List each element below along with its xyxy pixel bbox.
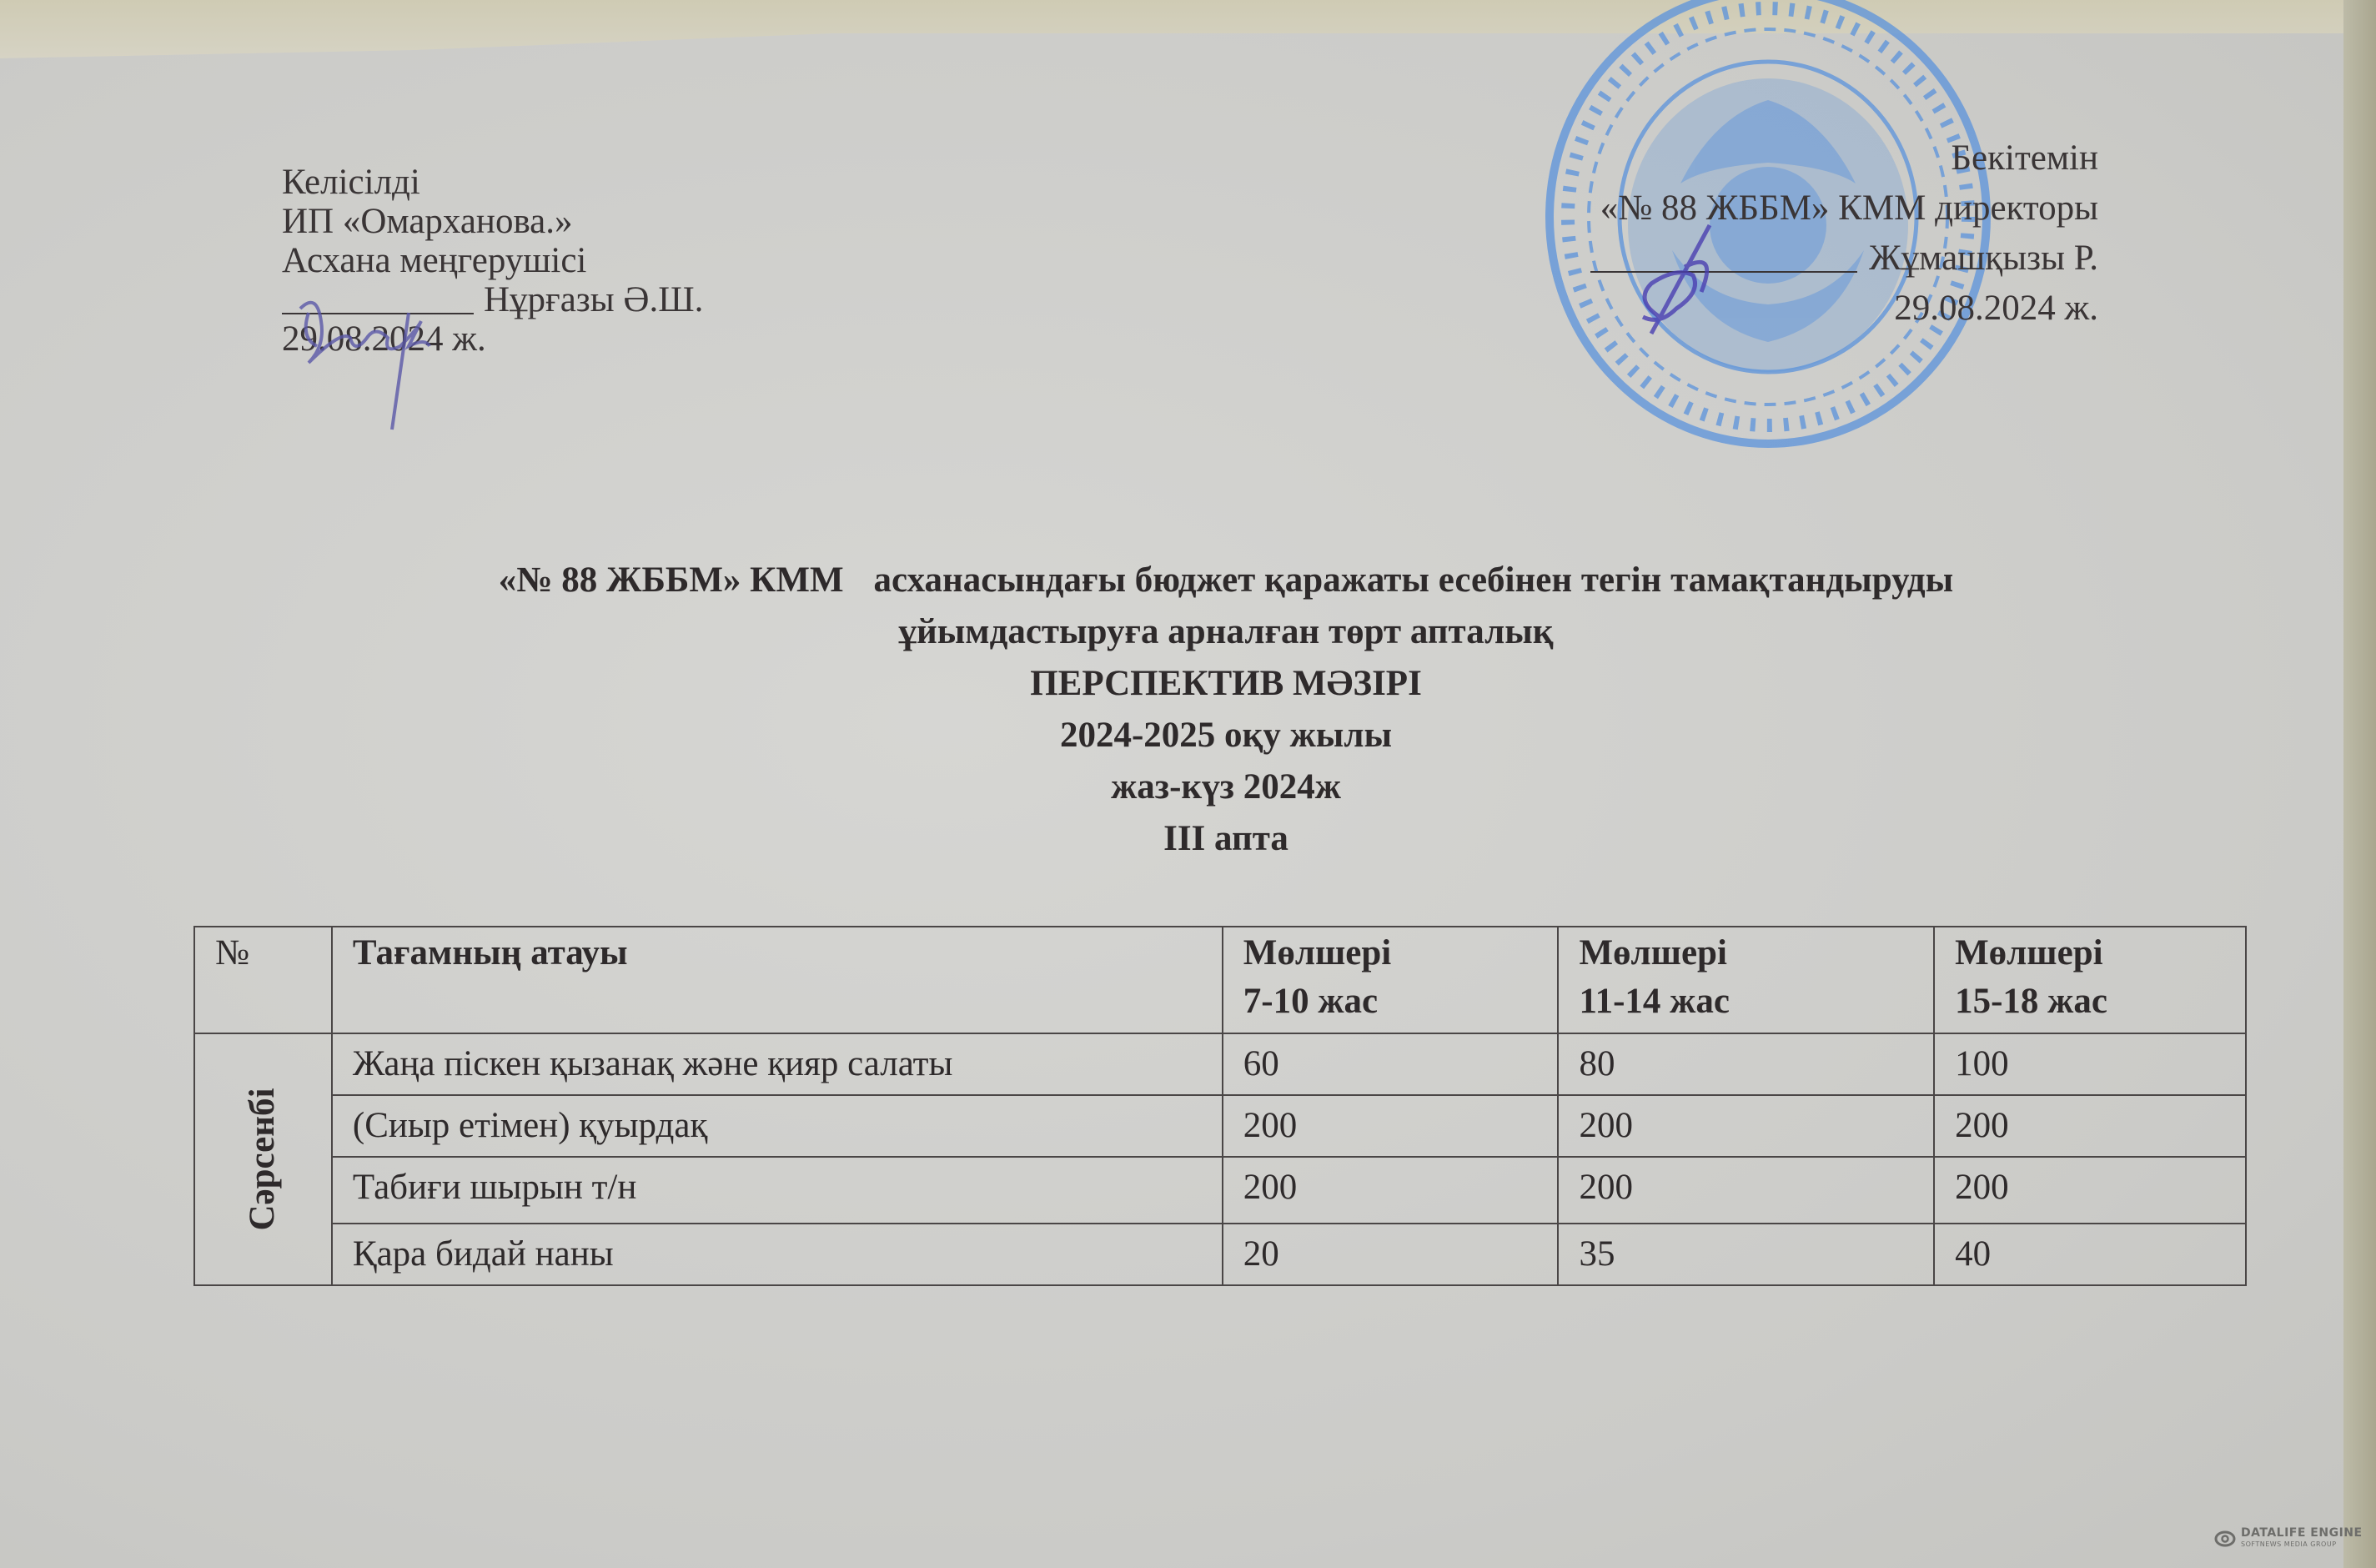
portion-11-14: 200	[1558, 1157, 1934, 1224]
watermark-title: DATALIFE ENGINE	[2241, 1528, 2363, 1539]
menu-table: № Тағамның атауы Мөлшері7-10 жас Мөлшері…	[193, 926, 2247, 1286]
signature-line	[1590, 271, 1857, 273]
title-week: III апта	[275, 813, 2177, 865]
watermark: DATALIFE ENGINE SOFTNEWS MEDIA GROUP	[2214, 1528, 2363, 1550]
dish-name: Қара бидай наны	[332, 1224, 1223, 1285]
header-dish-name: Тағамның атауы	[332, 927, 1223, 1033]
company-name: ИП «Омарханова.»	[282, 202, 703, 241]
day-cell: Сәрсенбі	[194, 1033, 332, 1285]
signature-row: Нұрғазы Ә.Ш.	[282, 280, 703, 319]
datalife-logo-icon	[2214, 1530, 2236, 1548]
title-school-year: 2024-2025 оқу жылы	[275, 710, 2177, 761]
header-portion-15-18: Мөлшері15-18 жас	[1934, 927, 2246, 1033]
title-line-2: ұйымдастыруға арналған төрт апталық	[275, 606, 2177, 658]
title-season: жаз-күз 2024ж	[275, 761, 2177, 813]
document-title: «№ 88 ЖББМ» КММасханасындағы бюджет қара…	[275, 555, 2177, 865]
table-row: Табиғи шырын т/н 200 200 200	[194, 1157, 2246, 1224]
watermark-subtitle: SOFTNEWS MEDIA GROUP	[2241, 1539, 2363, 1550]
table-row: Қара бидай наны 20 35 40	[194, 1224, 2246, 1285]
agreed-label: Келісілді	[282, 163, 703, 202]
dish-name: (Сиыр етімен) қуырдақ	[332, 1095, 1223, 1157]
portion-11-14: 80	[1558, 1033, 1934, 1095]
day-label: Сәрсенбі	[238, 1088, 288, 1231]
signature-row-right: Жұмашқызы Р.	[1590, 234, 2098, 284]
table-row: Сәрсенбі Жаңа піскен қызанақ және қияр с…	[194, 1033, 2246, 1095]
approval-date-right: 29.08.2024 ж.	[1590, 284, 2098, 334]
title-org: «№ 88 ЖББМ» КММ	[499, 560, 844, 600]
portion-7-10: 200	[1223, 1095, 1559, 1157]
portion-7-10: 60	[1223, 1033, 1559, 1095]
approval-date: 29.08.2024 ж.	[282, 319, 703, 359]
portion-7-10: 20	[1223, 1224, 1559, 1285]
portion-15-18: 40	[1934, 1224, 2246, 1285]
table-row: (Сиыр етімен) қуырдақ 200 200 200	[194, 1095, 2246, 1157]
portion-11-14: 200	[1558, 1095, 1934, 1157]
portion-15-18: 200	[1934, 1095, 2246, 1157]
title-line-1: «№ 88 ЖББМ» КММасханасындағы бюджет қара…	[275, 555, 2177, 606]
approval-block-left: Келісілді ИП «Омарханова.» Асхана меңгер…	[282, 163, 703, 359]
header-portion-11-14: Мөлшері11-14 жас	[1558, 927, 1934, 1033]
signer-name: Нұрғазы Ә.Ш.	[484, 280, 703, 319]
signer-position: Асхана меңгерушісі	[282, 241, 703, 280]
portion-15-18: 100	[1934, 1033, 2246, 1095]
dish-name: Табиғи шырын т/н	[332, 1157, 1223, 1224]
portion-11-14: 35	[1558, 1224, 1934, 1285]
background-edge	[2343, 0, 2376, 1568]
header-number: №	[194, 927, 332, 1033]
director-name: Жұмашқызы Р.	[1869, 239, 2098, 278]
portion-15-18: 200	[1934, 1157, 2246, 1224]
header-portion-7-10: Мөлшері7-10 жас	[1223, 927, 1559, 1033]
table-header-row: № Тағамның атауы Мөлшері7-10 жас Мөлшері…	[194, 927, 2246, 1033]
approve-label: Бекітемін	[1590, 133, 2098, 183]
dish-name: Жаңа піскен қызанақ және қияр салаты	[332, 1033, 1223, 1095]
portion-7-10: 200	[1223, 1157, 1559, 1224]
director-title: «№ 88 ЖББМ» КММ директоры	[1590, 183, 2098, 234]
approval-block-right: Бекітемін «№ 88 ЖББМ» КММ директоры Жұма…	[1590, 133, 2098, 334]
signature-line	[282, 313, 474, 314]
title-line-3: ПЕРСПЕКТИВ МӘЗІРІ	[275, 658, 2177, 710]
